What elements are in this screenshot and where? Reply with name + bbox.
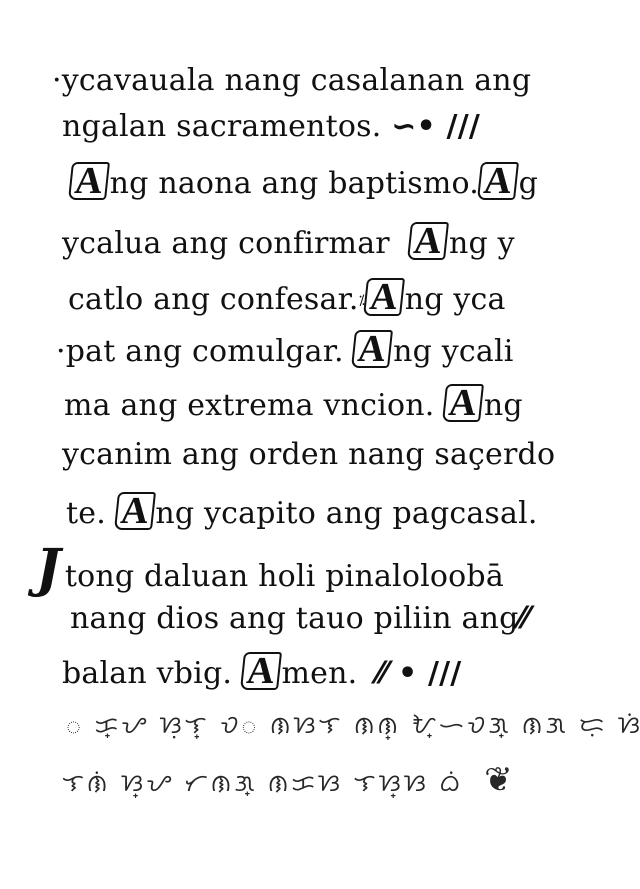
line-text: te. (66, 496, 106, 531)
hyphen-mark-icon: ⁄⁄ (519, 601, 529, 636)
baybayin-line-1: ᜀ ᜃ᜔ᜌ ᜐᜓᜎ᜔ ᜏᜀ ᜈᜐᜎ ᜈᜈ᜔ ᜀ᜔ᜑᜏᜄ᜔ ᜈᜄ ᜇᜓ ᜐᜒ ᜈᜐ… (66, 708, 640, 745)
line-prefix-dot: · (56, 334, 66, 369)
text-line-12: balan vbig. Amen. ⁄⁄ • /// (62, 652, 461, 690)
line-tail: ng ycapito ang pagcasal. (155, 496, 537, 531)
text-line-6: ·pat ang comulgar. Ang ycali (56, 330, 514, 368)
decorated-capital: A (68, 162, 110, 200)
baybayin-text: ᜎᜈᜒ ᜐ᜔ᜌ ᜆᜈᜄ᜔ ᜈᜃᜐ ᜎᜐ᜔ᜐ ᜊᜒ (62, 769, 463, 797)
baybayin-text: ᜀ ᜃ᜔ᜌ ᜐᜓᜎ᜔ ᜏᜀ ᜈᜐᜎ ᜈᜈ᜔ ᜀ᜔ᜑᜏᜄ᜔ ᜈᜄ ᜇᜓ ᜐᜒ ᜈᜐ… (66, 711, 640, 739)
line-text: ycalua ang confirmar (62, 226, 390, 261)
decorated-capital: A (442, 384, 484, 422)
text-line-4: ycalua ang confirmar Ang y (62, 222, 515, 260)
decorated-capital: A (240, 652, 282, 690)
line-text: balan vbig. (62, 656, 232, 691)
text-line-1: ·ycavauala nang casalanan ang (52, 66, 531, 96)
line-tail: ng (484, 388, 523, 423)
text-line-10: Jtong daluan holi pinaloloobā (36, 548, 504, 592)
baybayin-line-2: ᜎᜈᜒ ᜐ᜔ᜌ ᜆᜈᜄ᜔ ᜈᜃᜐ ᜎᜐ᜔ᜐ ᜊᜒ ❦ (62, 760, 516, 800)
decorated-capital: A (114, 492, 156, 530)
line-text: ng naona ang baptismo. (110, 166, 479, 201)
line-text: catlo ang confesar. (68, 282, 359, 317)
line-tail: ng yca (405, 282, 506, 317)
fleuron-ornament-icon: ❦ (484, 760, 516, 800)
decorated-capital: A (351, 330, 393, 368)
text-line-2: ngalan sacramentos. ∽• /// (62, 112, 480, 142)
line-prefix-dot: · (52, 63, 62, 98)
line-text: ycanim ang orden nang saçerdo (62, 437, 555, 472)
flourish-ornament-icon: ∽• /// (391, 109, 480, 144)
line-tail: men. (282, 656, 358, 691)
decorated-capital: A (477, 162, 519, 200)
text-line-8: ycanim ang orden nang saçerdo (62, 440, 555, 470)
end-ornament-icon: ⁄⁄ • /// (377, 656, 462, 691)
line-text: tong daluan holi pinaloloobā (65, 559, 504, 594)
line-text: nang dios ang tauo piliin ang (70, 601, 519, 636)
ornate-initial-J: J (36, 548, 61, 590)
decorated-capital: A (407, 222, 449, 260)
line-text: ngalan sacramentos. (62, 109, 381, 144)
line-text: ycavauala nang casalanan ang (62, 63, 532, 98)
line-tail: g (519, 166, 538, 201)
line-tail: ng ycali (393, 334, 514, 369)
text-line-9: te. Ang ycapito ang pagcasal. (66, 492, 538, 530)
text-line-11: nang dios ang tauo piliin ang⁄⁄ (70, 604, 529, 634)
text-line-7: ma ang extrema vncion. Ang (64, 384, 523, 422)
text-line-5: catlo ang confesar.⁒Ang yca (68, 278, 506, 316)
line-tail: ng y (449, 226, 515, 261)
text-line-3: Ang naona ang baptismo.Ag (70, 162, 538, 200)
line-text: ma ang extrema vncion. (64, 388, 435, 423)
manuscript-page: ·ycavauala nang casalanan ang ngalan sac… (0, 0, 640, 889)
decorated-capital: A (363, 278, 405, 316)
line-text: pat ang comulgar. (66, 334, 344, 369)
